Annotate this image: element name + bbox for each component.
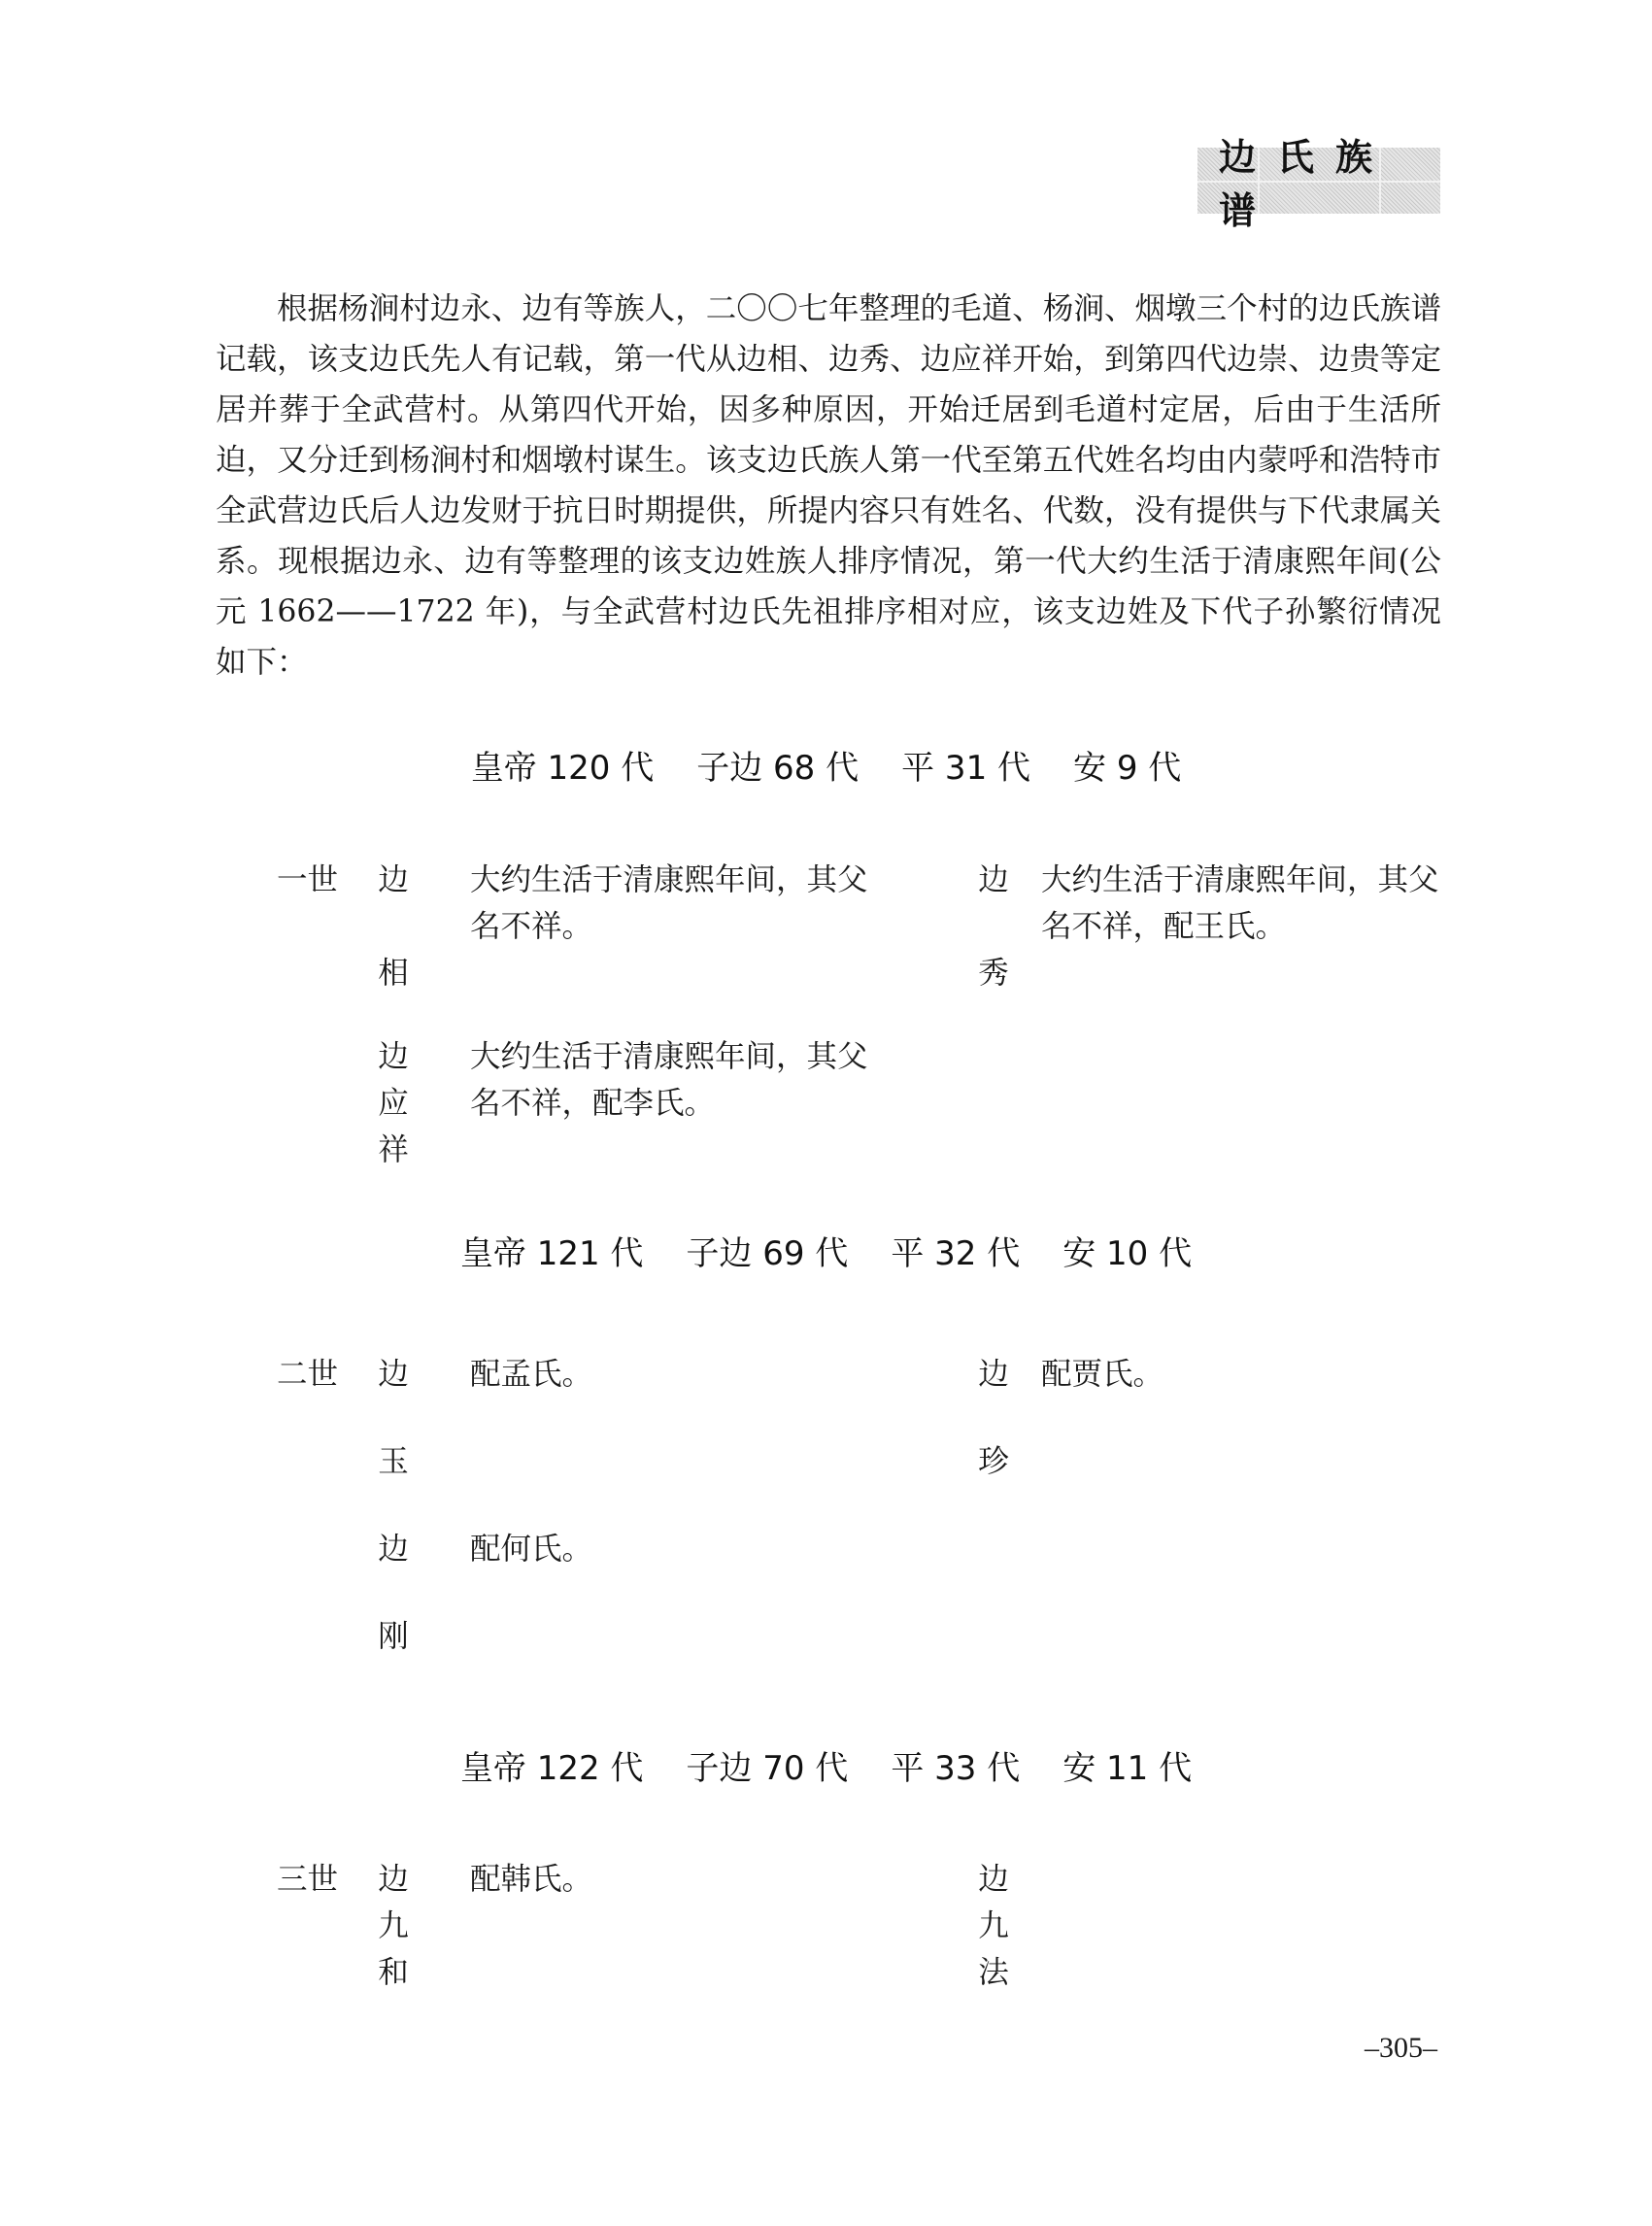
person-name: 边九法	[974, 1856, 1013, 1996]
person-desc: 大约生活于清康熙年间，其父名不祥，配王氏。	[1041, 857, 1449, 950]
person-name: 边秀	[974, 857, 1013, 996]
generation-label: 二世	[277, 1351, 338, 1398]
person-desc: 配何氏。	[470, 1526, 897, 1572]
generation-label: 三世	[277, 1856, 338, 1903]
intro-paragraph: 根据杨涧村边永、边有等族人，二〇〇七年整理的毛道、杨涧、烟墩三个村的边氏族谱记载…	[216, 284, 1441, 688]
person-name: 边玉	[374, 1351, 413, 1485]
emperor-count: 皇帝 122 代	[460, 1749, 644, 1788]
generation-label: 一世	[277, 857, 338, 903]
person-name: 边相	[374, 857, 413, 996]
person-name: 边九和	[374, 1856, 413, 1996]
zibian-count: 子边 69 代	[686, 1234, 848, 1273]
emperor-count: 皇帝 121 代	[460, 1234, 644, 1273]
person-name: 边应祥	[374, 1033, 413, 1173]
ping-count: 平 32 代	[891, 1234, 1020, 1273]
person-name: 边刚	[374, 1526, 413, 1660]
an-count: 安 9 代	[1073, 749, 1181, 788]
page-number: –305–	[1365, 2032, 1437, 2065]
person-name: 边珍	[974, 1351, 1013, 1485]
generation-header: 皇帝 121 代子边 69 代平 32 代安 10 代	[0, 1227, 1652, 1274]
zibian-count: 子边 70 代	[686, 1749, 848, 1788]
generation-header: 皇帝 120 代子边 68 代平 31 代安 9 代	[0, 741, 1652, 789]
person-desc: 大约生活于清康熙年间，其父名不祥，配李氏。	[470, 1033, 897, 1127]
person-desc: 配孟氏。	[470, 1351, 897, 1398]
section-tag: 边氏族谱	[1197, 148, 1440, 214]
an-count: 安 10 代	[1062, 1234, 1192, 1273]
ping-count: 平 31 代	[901, 749, 1030, 788]
an-count: 安 11 代	[1062, 1749, 1192, 1788]
person-desc: 大约生活于清康熙年间，其父名不祥。	[470, 857, 897, 950]
emperor-count: 皇帝 120 代	[471, 749, 655, 788]
person-desc: 配韩氏。	[470, 1856, 897, 1903]
ping-count: 平 33 代	[891, 1749, 1020, 1788]
zibian-count: 子边 68 代	[696, 749, 859, 788]
generation-header: 皇帝 122 代子边 70 代平 33 代安 11 代	[0, 1741, 1652, 1789]
person-desc: 配贾氏。	[1041, 1351, 1449, 1398]
